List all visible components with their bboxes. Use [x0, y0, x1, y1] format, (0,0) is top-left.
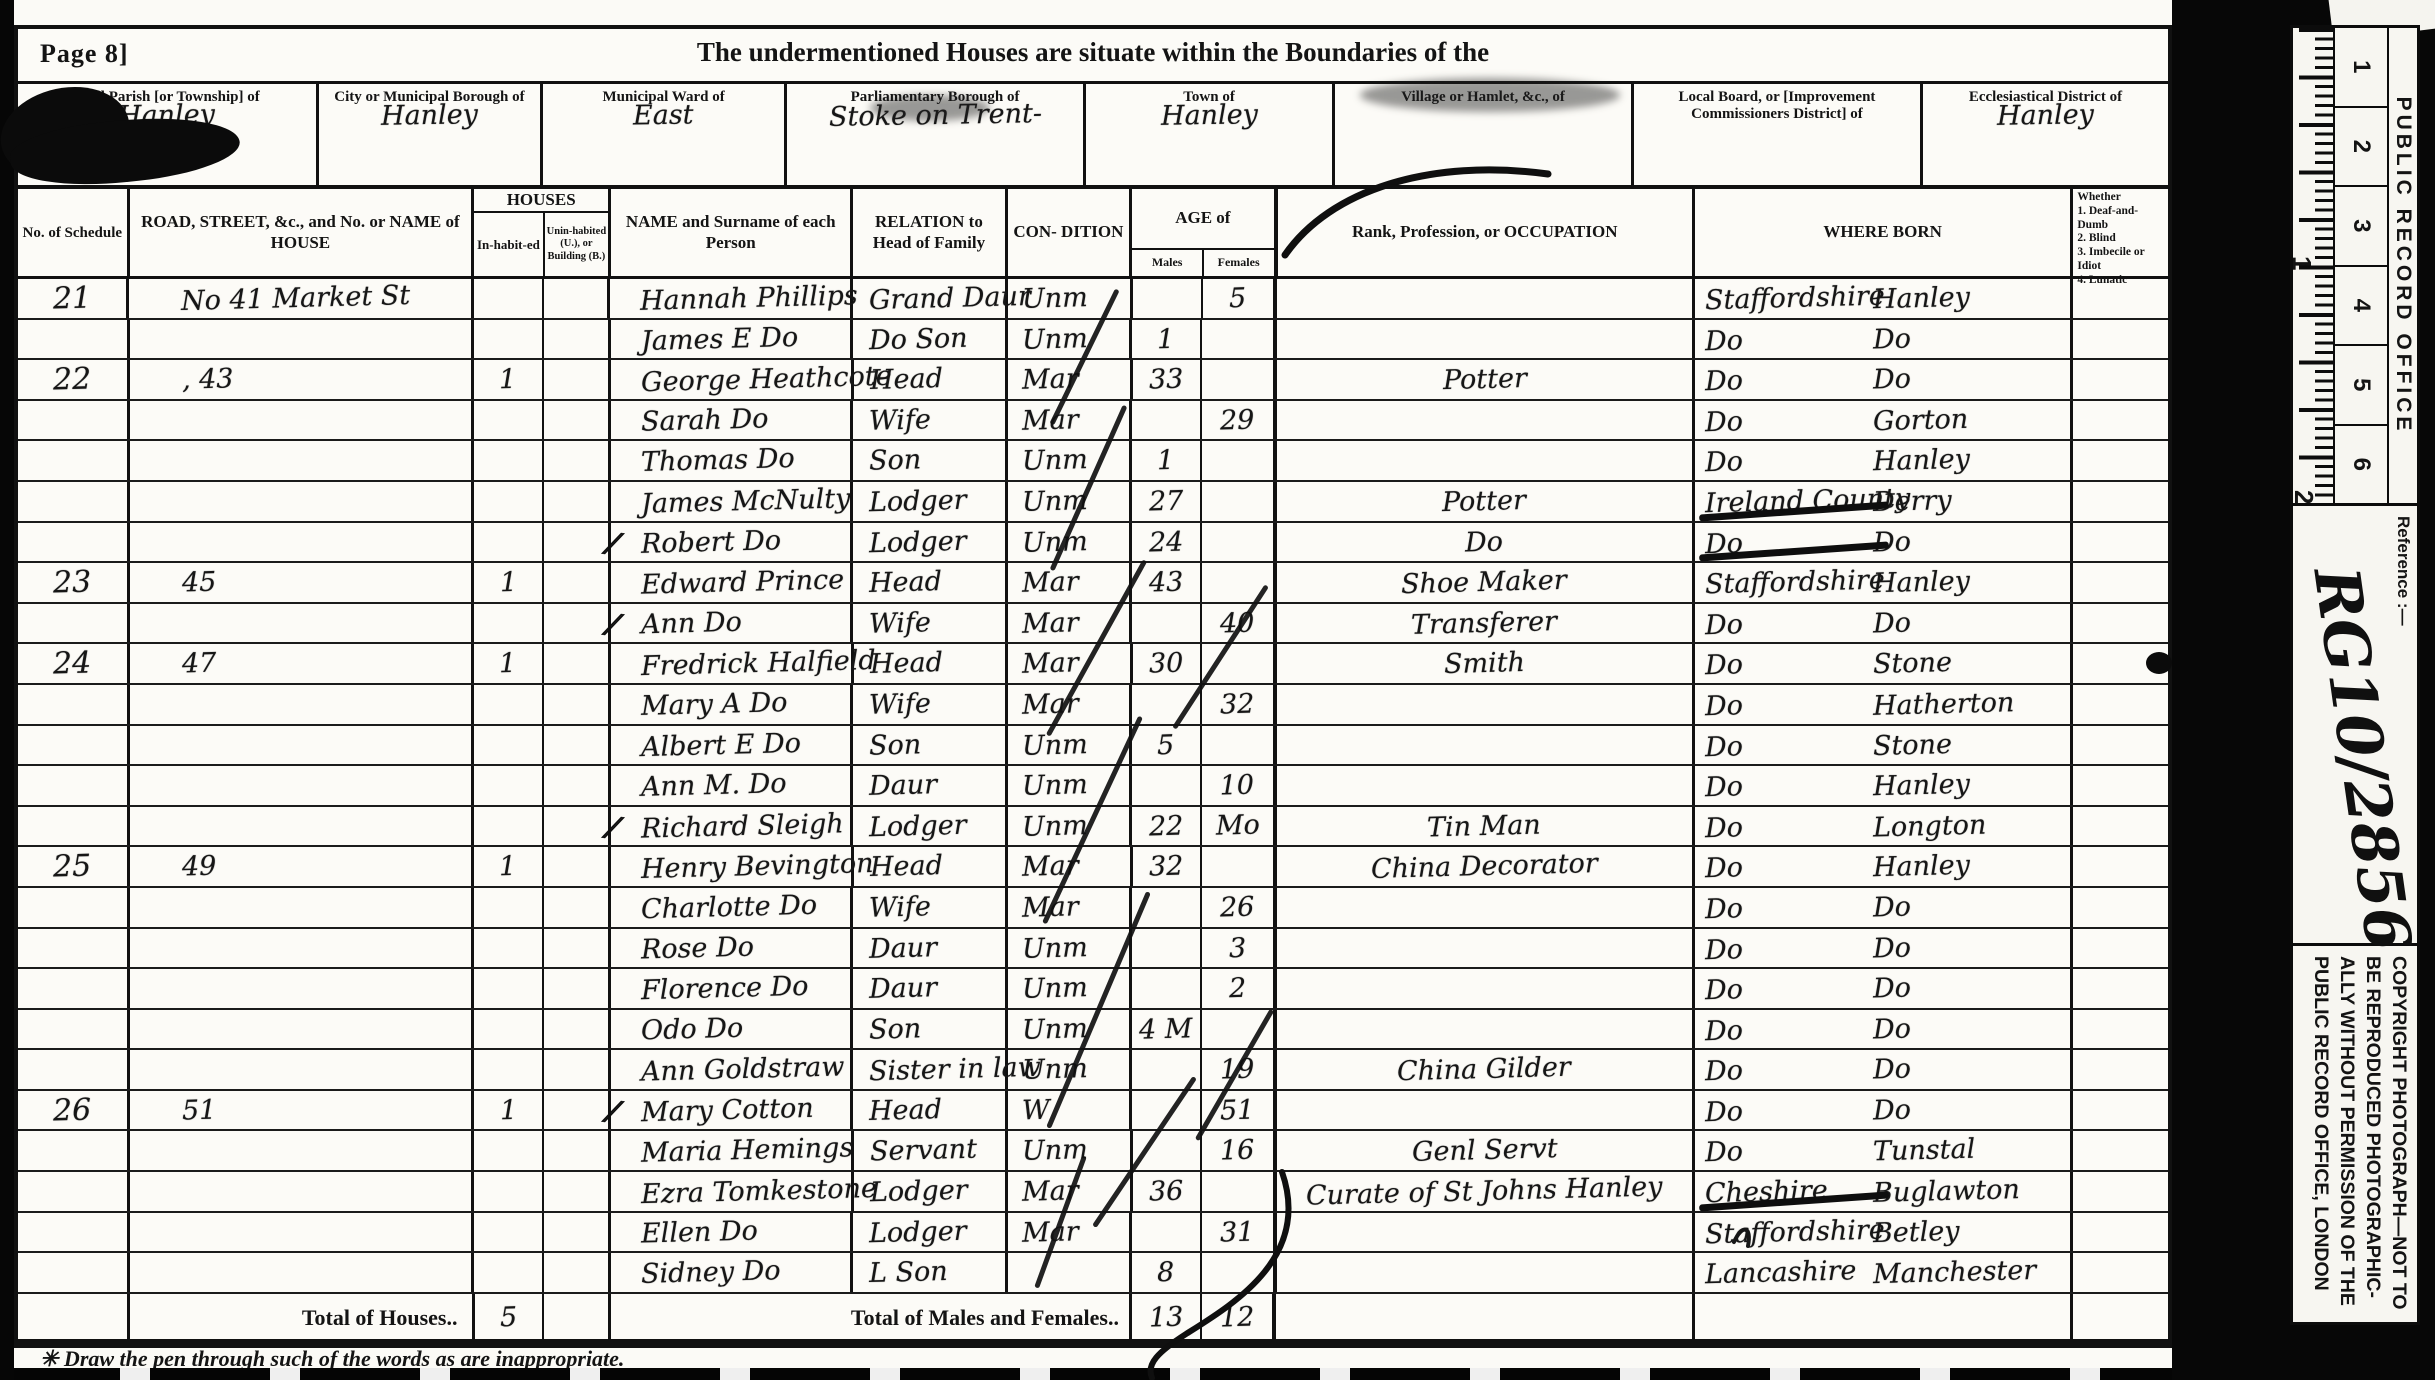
disability-line: 1. Deaf-and-Dumb [2077, 205, 2168, 233]
cell-houses-uninhabited [544, 847, 611, 886]
total-males-value: 13 [1132, 1294, 1202, 1339]
cell-disability [2073, 1253, 2168, 1292]
cell-street-address [130, 1253, 475, 1292]
cell-occupation: Genl Servt [1277, 1131, 1695, 1170]
cell-schedule-number [18, 766, 130, 805]
cell-street-address [130, 320, 475, 359]
cell-relation: Wife [853, 604, 1007, 643]
cell-occupation [1277, 1213, 1695, 1252]
cell-age-male: 32 [1133, 847, 1203, 886]
census-page-scan: Page 8] The undermentioned Houses are si… [0, 0, 2435, 1380]
cell-houses-inhabited [474, 1253, 544, 1292]
table-row: Ann Do Wife Mar 40 Transferer DoDo [18, 604, 2168, 645]
cell-relation: Son [853, 441, 1007, 480]
cell-person-name: Maria Hemings [611, 1131, 854, 1170]
cell-houses-inhabited [474, 685, 544, 724]
cell-age-female: 10 Mo [1202, 766, 1277, 805]
column-header-occupation: Rank, Profession, or OCCUPATION [1277, 189, 1695, 276]
stamp-box-number: 1 [2335, 28, 2387, 108]
district-value-handwritten: Hanley [1160, 99, 1257, 132]
cell-where-born: DoDo [1695, 1010, 2074, 1049]
cell-street-address [130, 685, 475, 724]
total-houses-value: 5 [475, 1294, 545, 1339]
cell-disability [2073, 604, 2168, 643]
cell-age-male: 5 [1132, 726, 1202, 765]
cell-age-male: 1 [1132, 441, 1202, 480]
cell-houses-uninhabited [544, 726, 611, 765]
cell-age-male [1132, 969, 1202, 1008]
ink-smudge [1360, 78, 1620, 112]
cell-houses-uninhabited [544, 1172, 611, 1211]
table-top-band: Page 8] The undermentioned Houses are si… [18, 29, 2168, 84]
cell-occupation: Transferer [1277, 604, 1695, 643]
cell-street-address [130, 807, 475, 846]
cell-condition: Mar [1008, 644, 1133, 683]
district-header-band: Civil Parish [or Township] of Hanley Cit… [18, 84, 2168, 189]
disability-line: 3. Imbecile or Idiot [2077, 246, 2168, 274]
cell-age-male: 1 [1132, 320, 1202, 359]
column-header-age: AGE of Males Females [1132, 189, 1276, 276]
cell-where-born: DoTunstal [1695, 1131, 2073, 1170]
column-header-houses: HOUSES In-habit-ed Unin-habited (U.), or… [474, 189, 611, 276]
cell-occupation [1277, 279, 1695, 318]
cell-street-address: 51 [130, 1091, 475, 1130]
cell-where-born: Ireland CountyDerry [1695, 482, 2073, 521]
stamp-box-number: 4 [2335, 267, 2387, 347]
cell-disability [2073, 847, 2168, 886]
cell-age-female: 2 [1202, 969, 1277, 1008]
cell-person-name: Fredrick Halfield [611, 644, 854, 683]
cell-schedule-number [18, 441, 130, 480]
cell-condition: Unm [1008, 320, 1133, 359]
cell-houses-uninhabited [544, 969, 611, 1008]
cell-houses-uninhabited [544, 1050, 611, 1089]
cell-person-name: Thomas Do [611, 441, 853, 480]
ink-smudge [870, 95, 990, 121]
table-row: Charlotte Do Wife Mar 26 DoDo [18, 888, 2168, 929]
cell-age-male [1132, 766, 1202, 805]
district-value-handwritten: East [633, 100, 694, 132]
cell-occupation [1277, 1253, 1695, 1292]
cell-houses-inhabited [474, 888, 544, 927]
cell-disability [2073, 523, 2168, 562]
cell-age-male [1132, 401, 1202, 440]
cell-street-address [130, 1213, 475, 1252]
cell-where-born: DoDo [1695, 1050, 2073, 1089]
cell-disability [2073, 807, 2168, 846]
cell-houses-inhabited [474, 726, 544, 765]
cell-relation: Lodger [853, 1213, 1007, 1252]
cell-street-address [130, 401, 475, 440]
cell-age-male: 8 [1132, 1253, 1202, 1292]
cell-age-male [1132, 1091, 1202, 1130]
age-females-label: Females [1204, 250, 1273, 276]
cell-houses-inhabited: 1 [474, 563, 544, 602]
table-row: Ann Goldstraw Sister in law Unm 19 China… [18, 1050, 2168, 1091]
cell-age-male [1133, 279, 1203, 318]
cell-schedule-number [18, 604, 130, 643]
ruler-inch-number: 1 [2286, 256, 2317, 270]
houses-header-label: HOUSES [474, 189, 608, 213]
cell-schedule-number [18, 1213, 130, 1252]
cell-disability [2073, 320, 2168, 359]
cell-relation: Lodger [854, 1172, 1008, 1211]
cell-where-born: DoGorton [1695, 401, 2074, 440]
disability-line: 2. Blind [2077, 232, 2168, 246]
district-cell-ecclesiastical-district: Ecclesiastical District of Hanley [1923, 84, 2168, 185]
cell-person-name: Hannah Phillips [610, 279, 853, 318]
stamp-office-name: PUBLIC RECORD OFFICE [2387, 28, 2417, 503]
cell-person-name: Henry Bevington [611, 847, 854, 886]
cell-person-name: Charlotte Do [611, 888, 853, 927]
district-label: Local Board, or [Improvement Commissione… [1634, 84, 1920, 124]
cell-houses-uninhabited [544, 401, 611, 440]
cell-relation: Do Son [853, 320, 1007, 359]
cell-relation: Lodger [853, 482, 1007, 521]
ruler-inch-number: 2 [2288, 490, 2319, 504]
cell-condition: W [1008, 1091, 1133, 1130]
cell-houses-inhabited [474, 1172, 544, 1211]
table-row: 21 No 41 Market St Hannah Phillips Grand… [18, 279, 2168, 320]
cell-age-male [1132, 1213, 1202, 1252]
age-header-label: AGE of [1132, 189, 1273, 248]
total-males-females-label: Total of Males and Females.. [611, 1294, 1132, 1339]
cell-relation: Sister in law [853, 1050, 1008, 1089]
cell-where-born: DoDo [1695, 360, 2073, 399]
cell-houses-inhabited [474, 969, 544, 1008]
cell-houses-uninhabited [544, 360, 611, 399]
cell-occupation: China Decorator [1277, 847, 1695, 886]
cell-where-born: DoHanley [1695, 847, 2073, 886]
table-row: Robert Do Lodger Unm 24 Do DoDo [18, 523, 2168, 564]
total-houses-label: Total of Houses.. [130, 1294, 475, 1339]
district-value-handwritten: Hanley [381, 99, 478, 132]
cell-relation: Head [854, 644, 1008, 683]
cell-schedule-number [18, 523, 130, 562]
cell-relation: Wife [853, 888, 1007, 927]
cell-age-female [1202, 563, 1277, 602]
cell-houses-inhabited [474, 401, 544, 440]
district-cell-municipal-ward: Municipal Ward of East [543, 84, 787, 185]
cell-occupation [1277, 929, 1695, 968]
cell-where-born: DoDo [1695, 969, 2074, 1008]
cell-relation: Daur [853, 969, 1007, 1008]
cell-relation: Wife [853, 401, 1007, 440]
cell-schedule-number [18, 1253, 130, 1292]
cell-age-female [1202, 807, 1277, 846]
copyright-line: BE REPRODUCED PHOTOGRAPHIC- [2359, 956, 2385, 1312]
cell-street-address [130, 1050, 475, 1089]
cell-occupation [1277, 888, 1695, 927]
cell-age-male: 22 [1132, 807, 1202, 846]
cell-houses-uninhabited [544, 604, 611, 643]
cell-where-born: DoDo [1695, 929, 2074, 968]
stamp-box-number: 6 [2335, 426, 2387, 504]
cell-houses-uninhabited [544, 1253, 611, 1292]
column-header-schedule: No. of Schedule [18, 189, 130, 276]
copyright-line: ALLY WITHOUT PERMISSION OF THE [2333, 956, 2359, 1312]
cell-person-name: Florence Do [611, 969, 853, 1008]
total-females-value: 12 [1202, 1294, 1277, 1339]
cell-houses-uninhabited [544, 766, 611, 805]
cell-disability [2073, 1213, 2168, 1252]
census-table: Page 8] The undermentioned Houses are si… [14, 25, 2172, 1348]
cell-houses-inhabited [474, 604, 544, 643]
district-cell-town: Town of Hanley [1086, 84, 1335, 185]
cell-occupation [1277, 766, 1695, 805]
cell-houses-uninhabited [544, 929, 611, 968]
cell-street-address [130, 726, 475, 765]
cell-schedule-number: 21 [18, 279, 129, 318]
cell-relation: Son [853, 726, 1007, 765]
column-header-where-born: WHERE BORN [1695, 189, 2073, 276]
cell-disability [2073, 969, 2168, 1008]
cell-occupation [1277, 320, 1695, 359]
cell-occupation: Tin Man [1277, 807, 1695, 846]
cell-relation: L Son [853, 1253, 1007, 1292]
cell-occupation [1277, 1091, 1695, 1130]
cell-relation: Head [853, 1091, 1007, 1130]
cell-houses-inhabited [474, 482, 544, 521]
cell-person-name: Sidney Do [611, 1253, 853, 1292]
cell-age-female: 26 [1202, 888, 1277, 927]
cell-street-address: No 41 Market St [129, 279, 474, 318]
table-row: 25 49 1 Henry Bevington Head Mar 32 Chin… [18, 847, 2168, 888]
table-row: 22 , 43 1 George Heathcote Head Mar 33 P… [18, 360, 2168, 401]
cell-person-name: Ellen Do [611, 1213, 853, 1252]
cell-houses-inhabited [474, 279, 544, 318]
cell-disability [2073, 685, 2168, 724]
cell-condition: Mar [1008, 888, 1133, 927]
cell-disability [2073, 279, 2168, 318]
cell-age-female [1202, 320, 1277, 359]
cell-age-female: 5 [1203, 279, 1278, 318]
column-header-disability: Whether 1. Deaf-and-Dumb 2. Blind 3. Imb… [2073, 189, 2168, 276]
cell-person-name: Ann Do [611, 604, 853, 643]
cell-disability [2073, 482, 2168, 521]
table-row: Florence Do Daur Unm 2 DoDo [18, 969, 2168, 1010]
cell-occupation: Do [1277, 523, 1695, 562]
copyright-line: COPYRIGHT PHOTOGRAPH—NOT TO [2385, 956, 2411, 1312]
cell-relation: Lodger [853, 523, 1007, 562]
cell-schedule-number: 25 [18, 847, 130, 886]
cell-person-name: Rose Do [611, 929, 853, 968]
cell-person-name: James McNulty [611, 482, 853, 521]
cell-person-name: George Heathcote [611, 360, 854, 399]
cell-schedule-number [18, 320, 130, 359]
cell-houses-uninhabited [544, 1131, 611, 1170]
cell-street-address [130, 766, 475, 805]
cell-where-born: DoDo [1695, 604, 2074, 643]
cell-houses-uninhabited [544, 441, 611, 480]
cell-age-female [1202, 441, 1277, 480]
cell-disability [2073, 1091, 2168, 1130]
cell-houses-uninhabited [544, 523, 611, 562]
cell-schedule-number [18, 401, 130, 440]
cell-occupation [1277, 1010, 1695, 1049]
cell-person-name: Albert E Do [611, 726, 853, 765]
cell-condition: Unm [1008, 482, 1133, 521]
cell-street-address [130, 929, 475, 968]
cell-where-born: StaffordshireHanley [1695, 563, 2074, 602]
cell-houses-uninhabited [544, 685, 611, 724]
cell-where-born: DoDo [1695, 523, 2074, 562]
cell-houses-inhabited: 1 [474, 1091, 544, 1130]
cell-age-female: 3 [1202, 929, 1277, 968]
age-males-label: Males [1132, 250, 1204, 276]
scan-left-edge [0, 0, 14, 1380]
cell-age-female [1202, 726, 1277, 765]
cell-relation: Grand Daur [853, 279, 1008, 318]
table-row: Albert E Do Son Unm 5 DoStone [18, 726, 2168, 767]
cell-street-address: 49 [130, 847, 475, 886]
cell-where-born: DoHatherton [1695, 685, 2074, 724]
cell-age-male: 36 [1133, 1172, 1203, 1211]
cell-occupation [1277, 441, 1695, 480]
stamp-number-boxes: 1 2 3 4 5 6 [2333, 28, 2387, 503]
cell-age-female [1202, 360, 1277, 399]
cell-where-born: CheshireBuglawton [1695, 1172, 2073, 1211]
cell-where-born: DoDo [1695, 320, 2074, 359]
copyright-line: PUBLIC RECORD OFFICE, LONDON [2307, 956, 2333, 1312]
cell-condition: Mar [1008, 563, 1133, 602]
cell-age-female: 31 [1202, 1213, 1277, 1252]
cell-schedule-number [18, 1010, 130, 1049]
table-row: Ann M. Do Daur Unm 10 Mo DoHanley [18, 766, 2168, 807]
stamp-ruler-section: PUBLIC RECORD OFFICE 1 2 3 4 5 6 1 2 [2293, 28, 2417, 506]
cell-where-born: StaffordshireHanley [1695, 279, 2073, 318]
cell-houses-inhabited: 1 [474, 644, 544, 683]
table-row: Sidney Do L Son 8 LancashireManchester [18, 1253, 2168, 1294]
cell-houses-inhabited [474, 766, 544, 805]
cell-age-female [1202, 482, 1277, 521]
district-cell-local-board: Local Board, or [Improvement Commissione… [1634, 84, 1923, 185]
column-header-relation: RELATION to Head of Family [853, 189, 1007, 276]
houses-inhabited-label: In-habit-ed [474, 213, 544, 276]
public-record-office-stamp: PUBLIC RECORD OFFICE 1 2 3 4 5 6 1 2 Ref… [2290, 25, 2420, 1325]
stamp-box-number: 2 [2335, 108, 2387, 188]
cell-relation: Head [854, 360, 1008, 399]
table-body: 21 No 41 Market St Hannah Phillips Grand… [18, 279, 2168, 1294]
cell-relation: Wife [853, 685, 1007, 724]
cell-person-name: Edward Prince [611, 563, 853, 602]
table-row: 23 45 1 Edward Prince Head Mar 43 Shoe M… [18, 563, 2168, 604]
cell-condition: Unm [1008, 929, 1133, 968]
houses-uninhabited-label: Unin-habited (U.), or Building (B.) [545, 213, 609, 276]
cell-disability [2073, 360, 2168, 399]
cell-schedule-number [18, 1050, 130, 1089]
cell-schedule-number [18, 807, 130, 846]
cell-relation: Daur [853, 766, 1007, 805]
cell-person-name: Odo Do [611, 1010, 853, 1049]
cell-houses-uninhabited [544, 644, 611, 683]
cell-houses-inhabited [474, 1010, 544, 1049]
cell-condition: Unm [1008, 1010, 1133, 1049]
cell-relation: Daur [853, 929, 1007, 968]
cell-age-female [1202, 523, 1277, 562]
cell-age-male: 4 M [1132, 1010, 1202, 1049]
cell-condition [1008, 1253, 1133, 1292]
cell-where-born: LancashireManchester [1695, 1253, 2074, 1292]
cell-disability [2073, 441, 2168, 480]
cell-condition: Mar [1008, 1213, 1133, 1252]
cell-where-born: DoDo [1695, 1091, 2074, 1130]
district-cell-municipal-borough: City or Municipal Borough of Hanley [319, 84, 543, 185]
cell-person-name: James E Do [611, 320, 853, 359]
cell-houses-uninhabited [544, 1091, 611, 1130]
cell-age-male: 30 [1133, 644, 1203, 683]
cell-disability [2073, 726, 2168, 765]
table-row: Maria Hemings Servant Unm 16 Genl Servt … [18, 1131, 2168, 1172]
table-row: Mary A Do Wife Mar 32 DoHatherton [18, 685, 2168, 726]
cell-condition: Unm [1008, 1131, 1133, 1170]
cell-houses-uninhabited [544, 279, 611, 318]
stamp-ruler: 1 2 [2293, 28, 2333, 503]
cell-relation: Servant [854, 1131, 1008, 1170]
cell-schedule-number [18, 1172, 130, 1211]
cell-occupation [1277, 969, 1695, 1008]
cell-condition: Unm [1008, 807, 1133, 846]
cell-schedule-number: 22 [18, 360, 130, 399]
cell-person-name: Mary Cotton [611, 1091, 853, 1130]
cell-person-name: Mary A Do [611, 685, 853, 724]
cell-age-male [1132, 604, 1202, 643]
cell-houses-inhabited [474, 441, 544, 480]
cell-street-address [130, 523, 475, 562]
cell-street-address [130, 1010, 475, 1049]
cell-age-male: 33 [1133, 360, 1203, 399]
cell-where-born: StaffordshireBetley [1695, 1213, 2074, 1252]
cell-houses-inhabited: 1 [474, 847, 544, 886]
cell-street-address: 47 [130, 644, 475, 683]
table-title: The undermentioned Houses are situate wi… [18, 37, 2168, 68]
cell-occupation: Shoe Maker [1277, 563, 1695, 602]
cell-where-born: DoStone [1695, 726, 2074, 765]
cell-relation: Lodger [853, 807, 1007, 846]
cell-relation: Son [853, 1010, 1007, 1049]
cell-age-male: 24 [1132, 523, 1202, 562]
cell-schedule-number: 24 [18, 644, 130, 683]
cell-disability [2073, 401, 2168, 440]
cell-houses-inhabited [474, 1213, 544, 1252]
cell-disability [2073, 1172, 2168, 1211]
disability-line: Whether [2077, 191, 2168, 205]
cell-houses-inhabited [474, 807, 544, 846]
table-row: Rose Do Daur Unm 3 DoDo [18, 929, 2168, 970]
cell-schedule-number [18, 929, 130, 968]
cell-street-address [130, 888, 475, 927]
stamp-reference-section: Reference :— RG10/2856 [2293, 506, 2417, 946]
cell-age-female [1202, 847, 1277, 886]
stamp-box-number: 3 [2335, 187, 2387, 267]
cell-schedule-number [18, 888, 130, 927]
cell-occupation [1277, 726, 1695, 765]
cell-houses-inhabited [474, 929, 544, 968]
column-header-band: No. of Schedule ROAD, STREET, &c., and N… [18, 189, 2168, 279]
cell-disability [2073, 888, 2168, 927]
cell-houses-uninhabited [544, 482, 611, 521]
cell-street-address [130, 1172, 475, 1211]
cell-schedule-number [18, 482, 130, 521]
cell-occupation: Curate of St Johns Hanley [1277, 1172, 1695, 1211]
cell-age-male [1132, 929, 1202, 968]
cell-age-female: 16 [1202, 1131, 1277, 1170]
district-value-handwritten: Hanley [1997, 99, 2094, 132]
cell-schedule-number [18, 969, 130, 1008]
cell-person-name: Robert Do [611, 523, 853, 562]
cell-schedule-number: 26 [18, 1091, 130, 1130]
cell-schedule-number [18, 1131, 130, 1170]
